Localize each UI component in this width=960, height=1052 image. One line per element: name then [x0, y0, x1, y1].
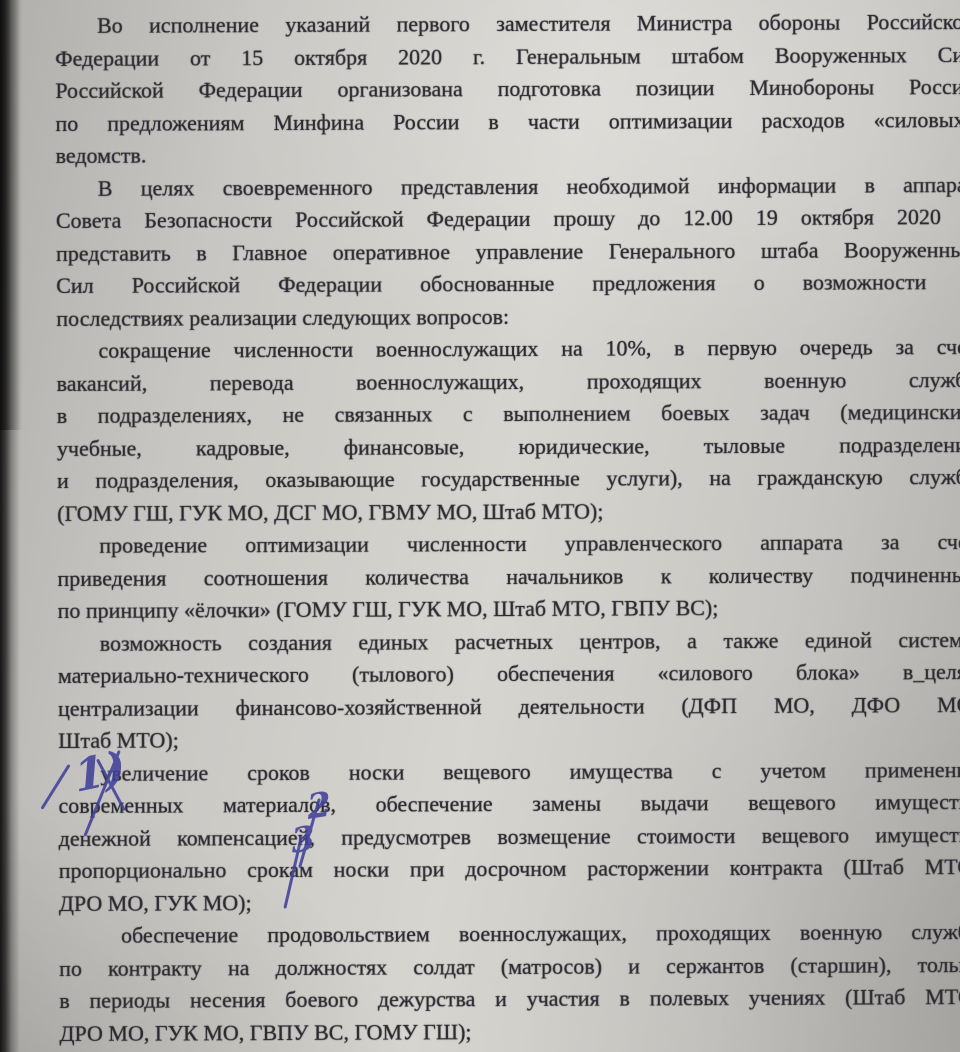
paragraph-item-personnel-cut: сокращение численности военнослужащих на…: [56, 331, 960, 530]
text-line: возможность создания единых расчетных це…: [58, 623, 960, 660]
text-line: Федерации от 15 октября 2020 г. Генераль…: [55, 38, 960, 75]
text-line: ДРО МО, ГУК МО);: [59, 883, 960, 920]
photo-edge-shadow: [0, 0, 20, 1052]
text-line: проведение оптимизации численности управ…: [57, 526, 960, 563]
text-line: современных материалов, обеспечение заме…: [58, 786, 960, 823]
text-line: по принципу «ёлочки» (ГОМУ ГШ, ГУК МО, Ш…: [58, 591, 960, 628]
text-line: учебные, кадровые, финансовые, юридическ…: [57, 428, 960, 465]
paragraph-item-admin-optimization: проведение оптимизации численности управ…: [57, 526, 960, 628]
text-line: приведения соотношения количества началь…: [57, 558, 960, 595]
text-line: в подразделениях, не связанных с выполне…: [57, 396, 960, 433]
text-line: Совета Безопасности Российской Федерации…: [56, 201, 960, 238]
document-photo: Во исполнение указаний первого заместите…: [0, 0, 960, 1052]
text-line: в периоды несения боевого дежурства и уч…: [59, 981, 960, 1018]
text-line: (ГОМУ ГШ, ГУК МО, ДСГ МО, ГВМУ МО, Штаб …: [57, 493, 960, 530]
text-line: пропорционально срокам носки при досрочн…: [59, 851, 960, 888]
text-line: по контракту на должностях солдат (матро…: [59, 948, 960, 985]
text-line: вакансий, перевода военнослужащих, прохо…: [57, 363, 960, 400]
text-line: Штаб МТО);: [58, 721, 960, 758]
text-line: ведомств.: [56, 136, 960, 173]
text-line: материально-технического (тылового) обес…: [58, 656, 960, 693]
text-line: ДРО МО, ГУК МО, ГВПУ ВС, ГОМУ ГШ);: [59, 1013, 960, 1050]
paragraph-directive: Во исполнение указаний первого заместите…: [55, 6, 960, 173]
text-line: увеличение сроков носки вещевого имущест…: [58, 753, 960, 790]
text-line: по предложениям Минфина России в части о…: [55, 103, 960, 140]
paragraph-item-unified-centers: возможность создания единых расчетных це…: [58, 623, 960, 757]
text-line: Во исполнение указаний первого заместите…: [55, 6, 960, 43]
text-line: обеспечение продовольствием военнослужащ…: [59, 916, 960, 953]
paragraph-item-clothing-allowance: увеличение сроков носки вещевого имущест…: [58, 753, 960, 920]
text-line: и подразделения, оказывающие государстве…: [57, 461, 960, 498]
text-line: денежной компенсацией, предусмотрев возм…: [59, 818, 960, 855]
paragraph-item-food-provision: обеспечение продовольствием военнослужащ…: [59, 916, 960, 1050]
document-text: Во исполнение указаний первого заместите…: [55, 6, 960, 1050]
text-line: Российской Федерации организована подгот…: [55, 71, 960, 108]
text-line: централизации финансово-хозяйственной де…: [58, 688, 960, 725]
text-line: В целях своевременного представления нео…: [56, 168, 960, 205]
text-line: представить в Главное оперативное управл…: [56, 233, 960, 270]
text-line: Сил Российской Федерации обоснованные пр…: [56, 266, 960, 303]
paragraph-request: В целях своевременного представления нео…: [56, 168, 960, 335]
text-line: сокращение численности военнослужащих на…: [56, 331, 960, 368]
text-line: последствиях реализации следующих вопрос…: [56, 298, 960, 335]
